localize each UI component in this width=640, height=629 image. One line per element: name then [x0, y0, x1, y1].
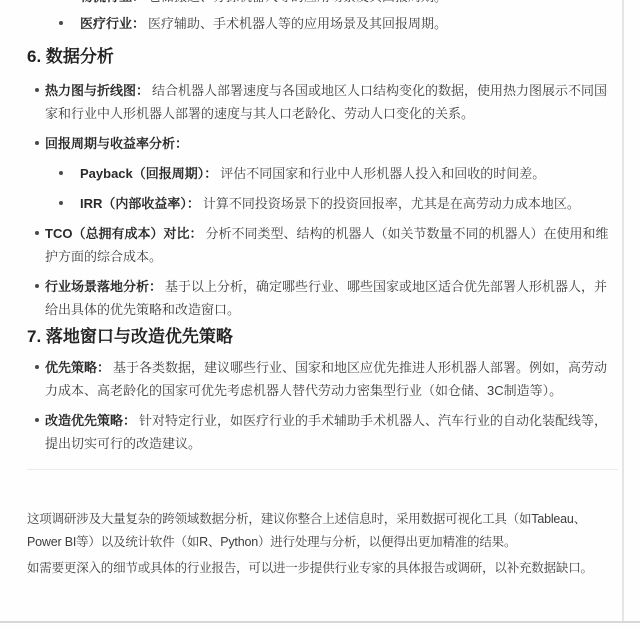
bullet-heatmap-linechart: 热力图与折线图：结合机器人部署速度与各国或地区人口结构变化的数据，使用热力图展示…: [27, 79, 618, 125]
bullet-text: 评估不同国家和行业中人形机器人投入和回收的时间差。: [220, 166, 545, 181]
bullet-icon: [35, 365, 39, 369]
bullet-label: TCO（总拥有成本）对比：: [45, 226, 205, 241]
closing-paragraph-followup: 如需要更深入的细节或具体的行业报告，可以进一步提供行业专家的具体报告或调研，以补…: [27, 557, 618, 580]
paragraph-line: 这项调研涉及大量复杂的跨领域数据分析，建议你整合上述信息时，采用数据可视化工具（…: [27, 508, 618, 531]
bullet-text: 医疗辅助、手术机器人等的应用场景及其回报周期。: [148, 16, 447, 31]
bullet-icon: [35, 231, 39, 235]
bullet-label: IRR（内部收益率）：: [80, 196, 203, 211]
bullet-icon: [59, 21, 63, 25]
bullet-icon: [35, 418, 39, 422]
document-content: 物流行业：仓储搬运、分拣机器人等的应用场景及其回报周期。 医疗行业：医疗辅助、手…: [27, 0, 618, 580]
bullet-label: 物流行业：: [80, 0, 148, 4]
closing-paragraph-tools: 这项调研涉及大量复杂的跨领域数据分析，建议你整合上述信息时，采用数据可视化工具（…: [27, 508, 618, 554]
bullet-industry-landing-analysis: 行业场景落地分析：基于以上分析，确定哪些行业、哪些国家或地区适合优先部署人形机器…: [27, 275, 618, 321]
bullet-label: 医疗行业：: [80, 16, 148, 31]
bullet-medical-industry: 医疗行业：医疗辅助、手术机器人等的应用场景及其回报周期。: [27, 12, 618, 35]
bullet-icon: [59, 201, 63, 205]
bullet-icon: [35, 141, 39, 145]
bullet-irr: IRR（内部收益率）：计算不同投资场景下的投资回报率，尤其是在高劳动力成本地区。: [45, 192, 618, 215]
paragraph-line: Power BI等）以及统计软件（如R、Python）进行处理与分析，以便得出更…: [27, 531, 618, 554]
bullet-icon: [35, 88, 39, 92]
bullet-label: Payback（回报周期）：: [80, 166, 220, 181]
screenshot-right-border: [622, 0, 624, 621]
screenshot-bottom-border: [0, 621, 640, 623]
bullet-tco-comparison: TCO（总拥有成本）对比：分析不同类型、结构的机器人（如关节数量不同的机器人）在…: [27, 222, 618, 268]
bullet-label: 改造优先策略：: [45, 413, 139, 428]
paragraph-line: 如需要更深入的细节或具体的行业报告，可以进一步提供行业专家的具体报告或调研，以补…: [27, 557, 618, 580]
bullet-label: 行业场景落地分析：: [45, 279, 165, 294]
bullet-retrofit-priority-strategy: 改造优先策略：针对特定行业，如医疗行业的手术辅助手术机器人、汽车行业的自动化装配…: [27, 409, 618, 455]
clipped-bullet-row: 物流行业：仓储搬运、分拣机器人等的应用场景及其回报周期。: [27, 0, 618, 5]
bullet-logistics-industry: 物流行业：仓储搬运、分拣机器人等的应用场景及其回报周期。: [27, 0, 618, 5]
bullet-text: 仓储搬运、分拣机器人等的应用场景及其回报周期。: [148, 0, 447, 4]
heading-data-analysis: 6. 数据分析: [27, 45, 618, 69]
bullet-text: 计算不同投资场景下的投资回报率，尤其是在高劳动力成本地区。: [203, 196, 580, 211]
bullet-label: 热力图与折线图：: [45, 83, 152, 98]
bullet-icon: [35, 284, 39, 288]
section-divider: [27, 469, 618, 470]
bullet-text: 基于各类数据，建议哪些行业、国家和地区应优先推进人形机器人部署。例如，高劳动力成…: [45, 360, 607, 398]
bullet-label: 回报周期与收益率分析：: [45, 136, 191, 151]
document-page: 物流行业：仓储搬运、分拣机器人等的应用场景及其回报周期。 医疗行业：医疗辅助、手…: [0, 0, 640, 629]
bullet-priority-strategy: 优先策略：基于各类数据，建议哪些行业、国家和地区应优先推进人形机器人部署。例如，…: [27, 356, 618, 402]
bullet-label: 优先策略：: [45, 360, 113, 375]
bullet-icon: [59, 171, 63, 175]
heading-landing-window-strategy: 7. 落地窗口与改造优先策略: [27, 325, 618, 349]
bullet-payback: Payback（回报周期）：评估不同国家和行业中人形机器人投入和回收的时间差。: [45, 162, 618, 185]
bullet-payback-yield-analysis: 回报周期与收益率分析： Payback（回报周期）：评估不同国家和行业中人形机器…: [27, 132, 618, 215]
